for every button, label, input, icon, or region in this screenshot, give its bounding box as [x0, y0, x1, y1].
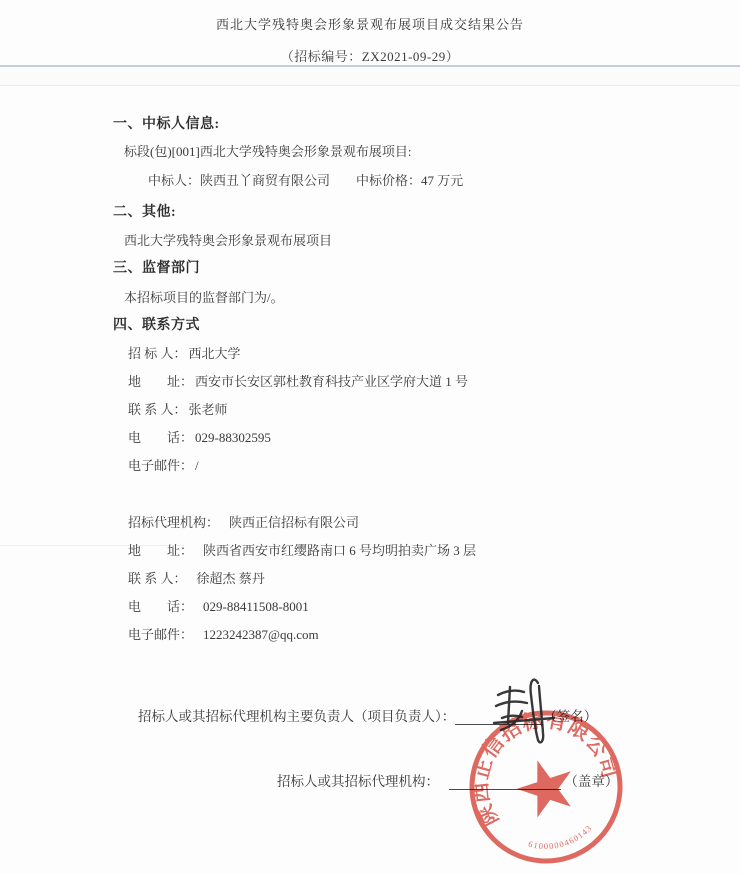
row-value: 029-88302595 [195, 430, 271, 445]
agency-row: 电 话：029-88411508-8001 [128, 596, 309, 615]
tenderer-row: 联 系 人：张老师 [128, 399, 228, 418]
header-band [0, 67, 740, 85]
row-label: 地 址： [128, 543, 193, 558]
row-value: 西北大学 [189, 346, 241, 361]
row-label: 电子邮件： [128, 458, 193, 473]
agency-row: 地 址：陕西省西安市红缨路南口 6 号均明拍卖广场 3 层 [128, 540, 476, 559]
row-label: 招标代理机构： [128, 515, 219, 530]
section-4-heading: 四、联系方式 [113, 314, 200, 334]
winner-row: 中标人：陕西丑丫商贸有限公司中标价格：47 万元 [148, 170, 463, 189]
row-value: 1223242387@qq.com [203, 627, 319, 642]
agency-row: 招标代理机构：陕西正信招标有限公司 [128, 512, 359, 531]
row-value: / [195, 458, 199, 473]
winner-label: 中标人： [148, 173, 200, 188]
agency-row: 联 系 人：徐超杰 蔡丹 [128, 568, 265, 587]
header-divider-faint [0, 85, 740, 86]
tenderer-row: 招 标 人：西北大学 [128, 343, 241, 362]
tenderer-row: 电 话：029-88302595 [128, 427, 271, 446]
section-2-heading: 二、其他: [113, 201, 176, 221]
row-value: 陕西正信招标有限公司 [229, 515, 359, 530]
header-divider [0, 65, 740, 67]
agency-row: 电子邮件：1223242387@qq.com [128, 624, 319, 643]
row-label: 联 系 人： [128, 402, 187, 417]
row-label: 地 址： [128, 374, 193, 389]
document-title: 西北大学残特奥会形象景观布展项目成交结果公告 [0, 14, 740, 33]
section-2-body: 西北大学残特奥会形象景观布展项目 [124, 230, 332, 249]
tenderer-row: 地 址：西安市长安区郭杜教育科技产业区学府大道 1 号 [128, 371, 468, 390]
row-label: 招 标 人： [128, 346, 187, 361]
section-3-heading: 三、监督部门 [113, 257, 200, 277]
row-value: 029-88411508-8001 [203, 599, 309, 614]
row-value: 张老师 [189, 402, 228, 417]
tender-number: （招标编号：ZX2021-09-29） [0, 46, 740, 65]
seal-number-text: 6100000460143 [525, 819, 597, 859]
stamp-line-label: 招标人或其招标代理机构： [277, 774, 439, 789]
row-value: 西安市长安区郭杜教育科技产业区学府大道 1 号 [195, 374, 468, 389]
signature-line-label: 招标人或其招标代理机构主要负责人（项目负责人）： [138, 709, 455, 724]
row-label: 联 系 人： [128, 571, 187, 586]
seal-star-icon [510, 752, 581, 821]
lot-line: 标段(包)[001]西北大学残特奥会形象景观布展项目: [124, 141, 411, 160]
section-1-heading: 一、中标人信息: [113, 113, 220, 133]
tenderer-row: 电子邮件：/ [128, 455, 199, 474]
row-label: 电子邮件： [128, 627, 193, 642]
row-value: 徐超杰 蔡丹 [197, 571, 265, 586]
handwritten-signature [486, 673, 590, 751]
price-label: 中标价格： [356, 173, 421, 188]
section-3-body: 本招标项目的监督部门为/。 [124, 287, 284, 306]
row-value: 陕西省西安市红缨路南口 6 号均明拍卖广场 3 层 [203, 543, 476, 558]
row-label: 电 话： [128, 430, 193, 445]
scanned-document-page: 西北大学残特奥会形象景观布展项目成交结果公告 （招标编号：ZX2021-09-2… [0, 0, 740, 874]
row-label: 电 话： [128, 599, 193, 614]
price-value: 47 万元 [421, 173, 463, 188]
winner-name: 陕西丑丫商贸有限公司 [200, 173, 330, 188]
